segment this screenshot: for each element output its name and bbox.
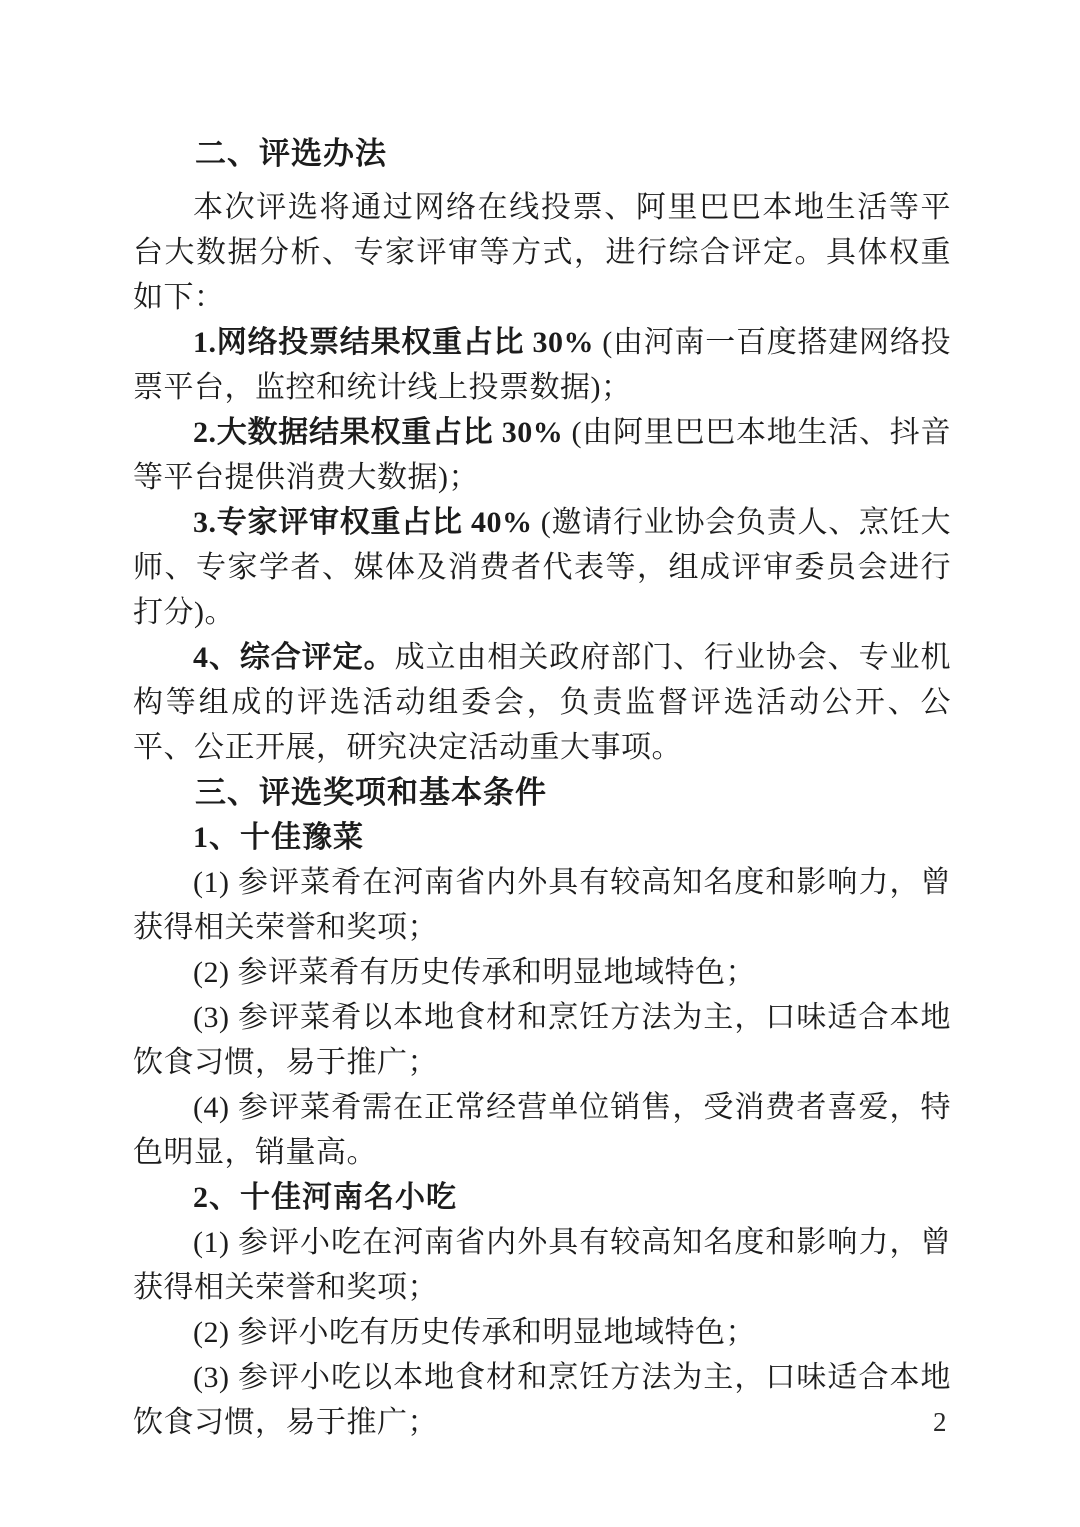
section-2-intro: 本次评选将通过网络在线投票、阿里巴巴本地生活等平台大数据分析、专家评审等方式，进… xyxy=(133,185,951,320)
weight-item-3: 3.专家评审权重占比 40% (邀请行业协会负责人、烹饪大师、专家学者、媒体及消… xyxy=(133,500,951,635)
award-1-criterion-2: (2) 参评菜肴有历史传承和明显地域特色； xyxy=(133,950,951,995)
award-1-criterion-1: (1) 参评菜肴在河南省内外具有较高知名度和影响力，曾获得相关荣誉和奖项； xyxy=(133,860,951,950)
weight-item-2: 2.大数据结果权重占比 30% (由阿里巴巴本地生活、抖音等平台提供消费大数据)… xyxy=(133,410,951,500)
page-number: 2 xyxy=(933,1407,947,1438)
award-2-criterion-1: (1) 参评小吃在河南省内外具有较高知名度和影响力，曾获得相关荣誉和奖项； xyxy=(133,1220,951,1310)
award-1-title: 1、十佳豫菜 xyxy=(133,815,951,860)
section-3-heading: 三、评选奖项和基本条件 xyxy=(133,770,951,815)
document-page: 二、评选办法 本次评选将通过网络在线投票、阿里巴巴本地生活等平台大数据分析、专家… xyxy=(0,0,1080,1527)
weight-item-2-label: 2.大数据结果权重占比 30% xyxy=(193,416,563,449)
weight-item-1: 1.网络投票结果权重占比 30% (由河南一百度搭建网络投票平台，监控和统计线上… xyxy=(133,320,951,410)
section-2-heading: 二、评选办法 xyxy=(133,131,951,176)
weight-item-4-label: 4、综合评定。 xyxy=(193,641,395,674)
award-1-criterion-4: (4) 参评菜肴需在正常经营单位销售，受消费者喜爱，特色明显，销量高。 xyxy=(133,1085,951,1175)
document-body: 二、评选办法 本次评选将通过网络在线投票、阿里巴巴本地生活等平台大数据分析、专家… xyxy=(133,131,951,1445)
award-1-criterion-3: (3) 参评菜肴以本地食材和烹饪方法为主，口味适合本地饮食习惯，易于推广； xyxy=(133,995,951,1085)
weight-item-3-label: 3.专家评审权重占比 40% xyxy=(193,506,533,539)
award-2-criterion-3: (3) 参评小吃以本地食材和烹饪方法为主，口味适合本地饮食习惯，易于推广； xyxy=(133,1355,951,1445)
weight-item-4: 4、综合评定。成立由相关政府部门、行业协会、专业机构等组成的评选活动组委会，负责… xyxy=(133,635,951,770)
award-2-criterion-2: (2) 参评小吃有历史传承和明显地域特色； xyxy=(133,1310,951,1355)
award-2-title: 2、十佳河南名小吃 xyxy=(133,1175,951,1220)
weight-item-1-label: 1.网络投票结果权重占比 30% xyxy=(193,326,594,359)
